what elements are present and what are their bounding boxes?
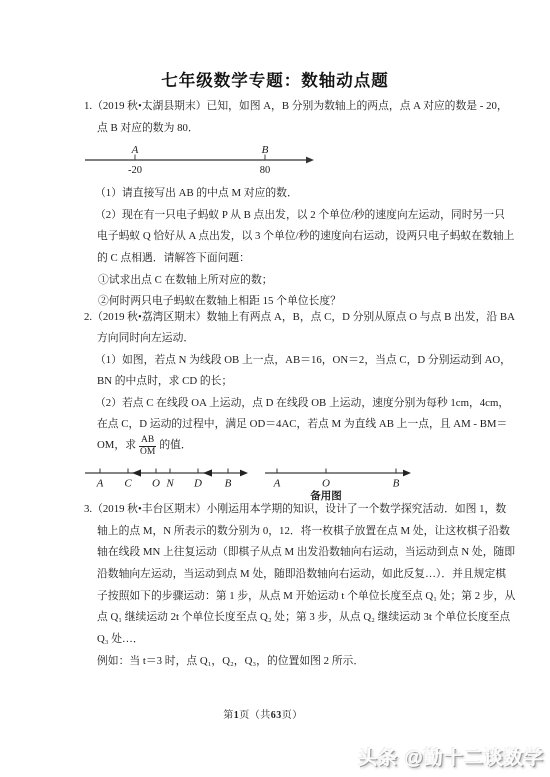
point-label: D	[193, 478, 202, 490]
text-line-with-fraction: OM，求 AB OM 的值．	[84, 435, 514, 456]
point-label: A	[96, 478, 104, 490]
problem-1-intro: 1.（2019 秋•太湖县期末）已知，如图 A，B 分别为数轴上的两点，点 A …	[84, 96, 514, 139]
total-pages: 63	[271, 710, 282, 721]
text-line: 电子蚂蚁 Q 恰好从 A 点出发，以 3 个单位/秒的速度向右运动，设两只电子蚂…	[84, 226, 514, 248]
fraction-numerator: AB	[139, 435, 156, 447]
right-arrow-icon	[240, 470, 248, 477]
number-line-svg: A B -20 80	[85, 144, 317, 184]
document-page: 七年级数学专题：数轴动点题 1.（2019 秋•太湖县期末）已知，如图 A，B …	[0, 0, 550, 777]
text-line: ①试求出点 C 在数轴上所对应的数；	[84, 270, 514, 292]
text-line: （2）现在有一只电子蚂蚁 P 从 B 点出发，以 2 个单位/秒的速度向左运动，…	[84, 205, 514, 227]
point-label: C	[124, 478, 132, 490]
problem-3: 3.（2019 秋•丰台区期末）小刚运用本学期的知识，设计了一个数学探究活动．如…	[84, 499, 514, 673]
point-label-A: A	[131, 144, 139, 156]
problem-1-questions: （1）请直接写出 AB 的中点 M 对应的数． （2）现在有一只电子蚂蚁 P 从…	[84, 183, 514, 313]
point-label: B	[225, 478, 232, 490]
fraction-suffix: 的值．	[159, 435, 191, 456]
point-value-A: -20	[128, 165, 142, 176]
fraction-prefix: OM，求	[97, 435, 136, 456]
text-line: 点 B 对应的数为 80．	[84, 118, 514, 140]
point-label: O	[322, 478, 330, 490]
text-line: 方向同时向左运动．	[84, 328, 514, 349]
text-line: Q₃ 处…．	[84, 629, 514, 651]
text-line: 2.（2019 秋•荔湾区期末）数轴上有两点 A，B，点 C，D 分别从原点 O…	[84, 307, 514, 328]
watermark: 头条 @勤十二谈数学	[358, 743, 544, 770]
text-line: 轴上的点 M，N 所表示的数分别为 0，12．将一枚棋子放置在点 M 处，让这枚…	[84, 521, 514, 543]
text-line: 1.（2019 秋•太湖县期末）已知，如图 A，B 分别为数轴上的两点，点 A …	[84, 96, 514, 118]
text-line: （2）若点 C 在线段 OA 上运动，点 D 在线段 OB 上运动，速度分别为每…	[84, 393, 514, 414]
footer-text: 页（共	[239, 710, 271, 721]
right-arrow-icon	[403, 470, 411, 477]
number-line-svg: A C O N D B A O B 备用图	[85, 462, 417, 502]
text-line: BN 的中点时，求 CD 的长；	[84, 371, 514, 392]
point-label: O	[152, 478, 160, 490]
problem-2: 2.（2019 秋•荔湾区期末）数轴上有两点 A，B，点 C，D 分别从原点 O…	[84, 307, 514, 457]
left-arrow-icon-D	[203, 469, 212, 476]
text-line: （1）如图，若点 N 为线段 OB 上一点，AB＝16，ON＝2，当点 C，D …	[84, 350, 514, 371]
page-footer: 第1页（共63页）	[0, 706, 538, 721]
text-line: 子按照如下的步骤运动：第 1 步，从点 M 开始运动 t 个单位长度至点 Q₁ …	[84, 586, 514, 608]
text-line: 的 C 点相遇．请解答下面问题：	[84, 248, 514, 270]
right-arrow-icon	[306, 157, 314, 164]
text-line: 轴在线段 MN 上往复运动（即棋子从点 M 出发沿数轴向右运动，当运动到点 N …	[84, 542, 514, 564]
page-title: 七年级数学专题：数轴动点题	[0, 67, 550, 91]
text-line: 3.（2019 秋•丰台区期末）小刚运用本学期的知识，设计了一个数学探究活动．如…	[84, 499, 514, 521]
footer-text: 第	[223, 710, 234, 721]
point-label: B	[393, 478, 400, 490]
point-label: N	[165, 478, 174, 490]
text-line: 在点 C，D 运动的过程中，满足 OD＝4AC，若点 M 为直线 AB 上一点，…	[84, 414, 514, 435]
text-line: （1）请直接写出 AB 的中点 M 对应的数．	[84, 183, 514, 205]
text-line: 沿数轴向左运动，当运动到点 M 处，随即沿数轴向右运动，如此反复…）．并且规定棋	[84, 564, 514, 586]
fraction: AB OM	[138, 435, 157, 458]
text-line: 点 Q₁ 继续运动 2t 个单位长度至点 Q₂ 处；第 3 步，从点 Q₂ 继续…	[84, 607, 514, 629]
left-arrow-icon-C	[132, 469, 141, 476]
footer-text: 页）	[282, 710, 303, 721]
fraction-denominator: OM	[138, 447, 157, 458]
point-label: A	[273, 478, 281, 490]
point-label-B: B	[262, 144, 269, 156]
text-line: 例如：当 t＝3 时，点 Q₁，Q₂，Q₃，的位置如图 2 所示．	[84, 651, 514, 673]
point-value-B: 80	[260, 165, 271, 176]
